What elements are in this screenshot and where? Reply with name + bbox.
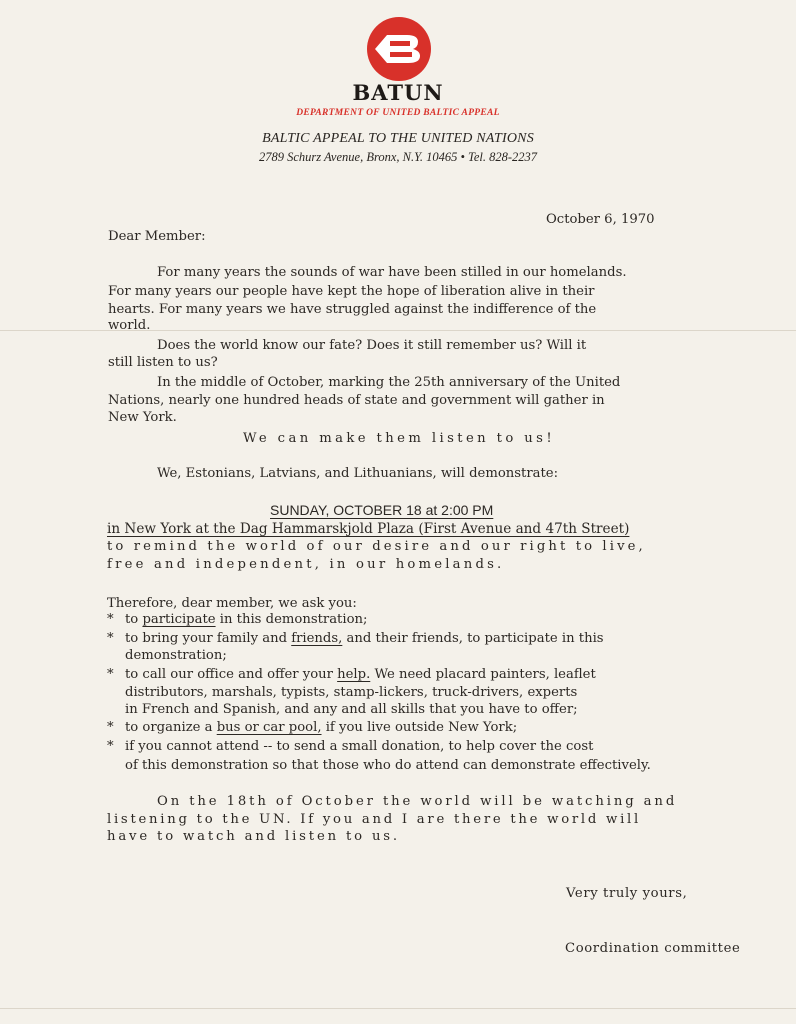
letter-date: October 6, 1970 (546, 212, 655, 227)
closing-line: On the 18th of October the world will be… (157, 794, 677, 809)
event-date: SUNDAY, OCTOBER 18 at 2:00 PM (270, 502, 493, 518)
bullet-asterisk: * (107, 667, 125, 682)
underlined-term: participate (142, 612, 215, 627)
ask-item-continuation: in French and Spanish, and any and all s… (125, 702, 578, 717)
batun-logo-icon (366, 16, 432, 82)
demonstrate-statement: We, Estonians, Latvians, and Lithuanians… (157, 466, 558, 481)
para3-line: In the middle of October, marking the 25… (157, 375, 620, 390)
ask-item: *to call our office and offer your help.… (107, 667, 596, 682)
salutation: Dear Member: (108, 229, 206, 244)
para2-line: still listen to us? (108, 355, 218, 370)
purpose-line: to remind the world of our desire and ou… (107, 539, 646, 554)
event-place: in New York at the Dag Hammarskjold Plaz… (107, 521, 629, 537)
underlined-term: help. (337, 667, 370, 682)
ask-item: *to participate in this demonstration; (107, 612, 367, 627)
organization-address: 2789 Schurz Avenue, Bronx, N.Y. 10465 • … (0, 150, 796, 165)
valediction: Very truly yours, (566, 886, 687, 901)
underlined-term: friends, (291, 631, 342, 646)
para1-line: For many years our people have kept the … (108, 284, 594, 299)
para1-line: world. (108, 318, 150, 333)
ask-item: *to organize a bus or car pool, if you l… (107, 720, 517, 735)
para2-line: Does the world know our fate? Does it st… (157, 338, 586, 353)
closing-line: listening to the UN. If you and I are th… (107, 812, 641, 827)
slogan: We can make them listen to us! (243, 431, 555, 446)
underlined-term: bus or car pool, (217, 720, 322, 735)
ask-item-continuation: of this demonstration so that those who … (125, 758, 651, 773)
ask-item: *if you cannot attend -- to send a small… (107, 739, 593, 754)
brand-name: BATUN (0, 80, 796, 105)
paper-fold-line (0, 1008, 796, 1009)
bullet-asterisk: * (107, 720, 125, 735)
bullet-asterisk: * (107, 739, 125, 754)
ask-item-continuation: demonstration; (125, 648, 227, 663)
bullet-asterisk: * (107, 631, 125, 646)
ask-item: *to bring your family and friends, and t… (107, 631, 604, 646)
closing-line: have to watch and listen to us. (107, 829, 400, 844)
department-name: DEPARTMENT OF UNITED BALTIC APPEAL (0, 108, 796, 118)
para3-line: Nations, nearly one hundred heads of sta… (108, 393, 605, 408)
purpose-line: free and independent, in our homelands. (107, 557, 504, 572)
para3-line: New York. (108, 410, 177, 425)
ask-intro: Therefore, dear member, we ask you: (107, 596, 357, 611)
bullet-asterisk: * (107, 612, 125, 627)
para1-line: hearts. For many years we have struggled… (108, 302, 596, 317)
organization-name: BALTIC APPEAL TO THE UNITED NATIONS (0, 131, 796, 147)
para1-line: For many years the sounds of war have be… (157, 265, 627, 280)
signature: Coordination committee (565, 941, 740, 956)
ask-item-continuation: distributors, marshals, typists, stamp-l… (125, 685, 577, 700)
